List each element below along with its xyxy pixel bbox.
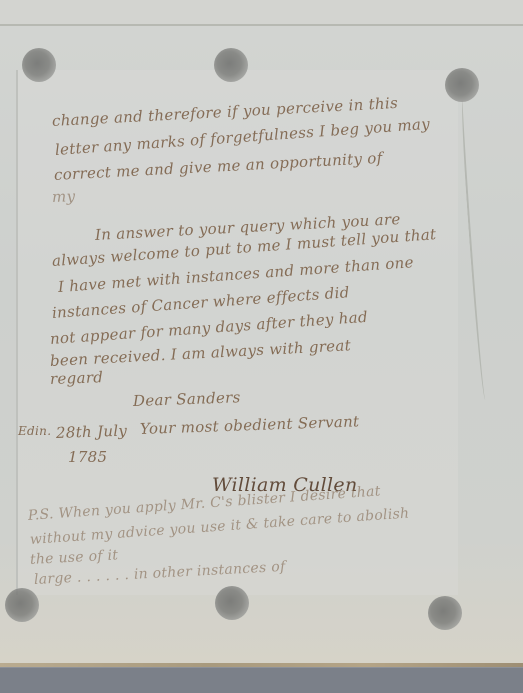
letter-line: regard (50, 368, 104, 388)
punch-hole-icon (22, 48, 56, 82)
date-prefix: Edin. (18, 424, 51, 438)
letter-line: my (52, 187, 76, 206)
punch-hole-icon (428, 596, 462, 630)
punch-hole-icon (5, 588, 39, 622)
punch-hole-icon (445, 68, 479, 102)
scan-top-strip (0, 0, 523, 26)
scanned-letter-page: change and therefore if you perceive in … (0, 0, 523, 693)
punch-hole-icon (215, 586, 249, 620)
scan-backing-board (0, 667, 523, 693)
salutation: Dear Sanders (133, 388, 241, 410)
date-day-month: 28th July (56, 422, 128, 442)
punch-hole-icon (214, 48, 248, 82)
date-year: 1785 (68, 448, 107, 466)
